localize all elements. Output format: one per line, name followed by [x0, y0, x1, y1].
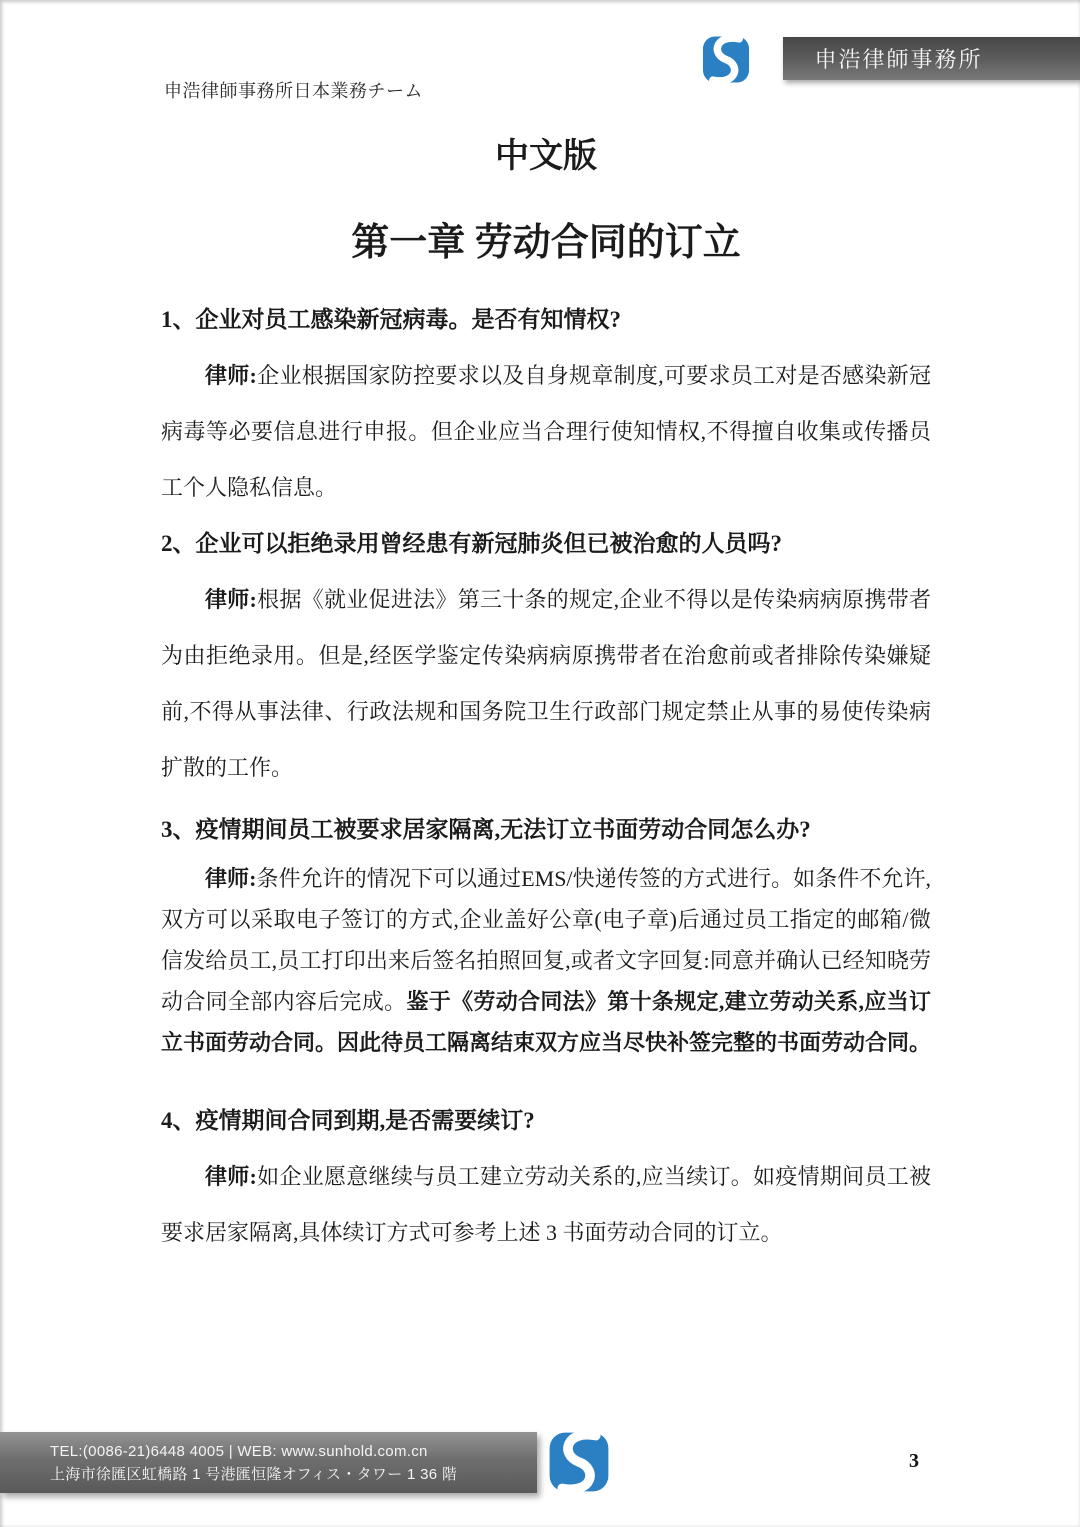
- document-content: 中文版 第一章 劳动合同的订立 1、企业对员工感染新冠病毒。是否有知情权? 律师…: [161, 132, 931, 1261]
- answer-2: 律师:根据《就业促进法》第三十条的规定,企业不得以是传染病病原携带者为由拒绝录用…: [161, 572, 931, 796]
- answer-label: 律师:: [205, 866, 256, 891]
- question-4: 4、疫情期间合同到期,是否需要续订?: [161, 1093, 931, 1149]
- question-1: 1、企业对员工感染新冠病毒。是否有知情权?: [161, 292, 931, 348]
- firm-logo-icon: [549, 1432, 609, 1492]
- page-number: 3: [898, 1450, 930, 1473]
- footer-contact: TEL:(0086-21)6448 4005 | WEB: www.sunhol…: [50, 1440, 537, 1463]
- firm-banner: 申浩律師事務所: [783, 37, 1080, 80]
- answer-label: 律师:: [205, 363, 257, 388]
- answer-label: 律师:: [205, 587, 257, 612]
- question-2: 2、企业可以拒绝录用曾经患有新冠肺炎但已被治愈的人员吗?: [161, 516, 931, 572]
- answer-label: 律师:: [205, 1164, 257, 1189]
- answer-1: 律师:企业根据国家防控要求以及自身规章制度,可要求员工对是否感染新冠病毒等必要信…: [161, 348, 931, 516]
- language-title: 中文版: [161, 132, 931, 182]
- answer-text: 根据《就业促进法》第三十条的规定,企业不得以是传染病病原携带者为由拒绝录用。但是…: [161, 587, 931, 780]
- chapter-title: 第一章 劳动合同的订立: [161, 216, 931, 270]
- header-team-label: 申浩律師事務所日本業務チーム: [164, 77, 423, 103]
- answer-text: 如企业愿意继续与员工建立劳动关系的,应当续订。如疫情期间员工被要求居家隔离,具体…: [161, 1164, 931, 1245]
- firm-logo-icon: [700, 36, 752, 83]
- answer-text: 企业根据国家防控要求以及自身规章制度,可要求员工对是否感染新冠病毒等必要信息进行…: [161, 363, 931, 500]
- page: { "colors": { "brand_blue": "#2b7fc3", "…: [0, 0, 1080, 1527]
- footer-bar: TEL:(0086-21)6448 4005 | WEB: www.sunhol…: [0, 1432, 537, 1493]
- firm-banner-label: 申浩律師事務所: [814, 43, 982, 74]
- answer-4: 律师:如企业愿意继续与员工建立劳动关系的,应当续订。如疫情期间员工被要求居家隔离…: [161, 1149, 931, 1261]
- footer-address: 上海市徐匯区虹橋路 1 号港匯恒隆オフィス・タワー 1 36 階: [50, 1463, 537, 1486]
- answer-3: 律师:条件允许的情况下可以通过EMS/快递传签的方式进行。如条件不允许,双方可以…: [161, 858, 931, 1063]
- question-3: 3、疫情期间员工被要求居家隔离,无法订立书面劳动合同怎么办?: [161, 802, 931, 858]
